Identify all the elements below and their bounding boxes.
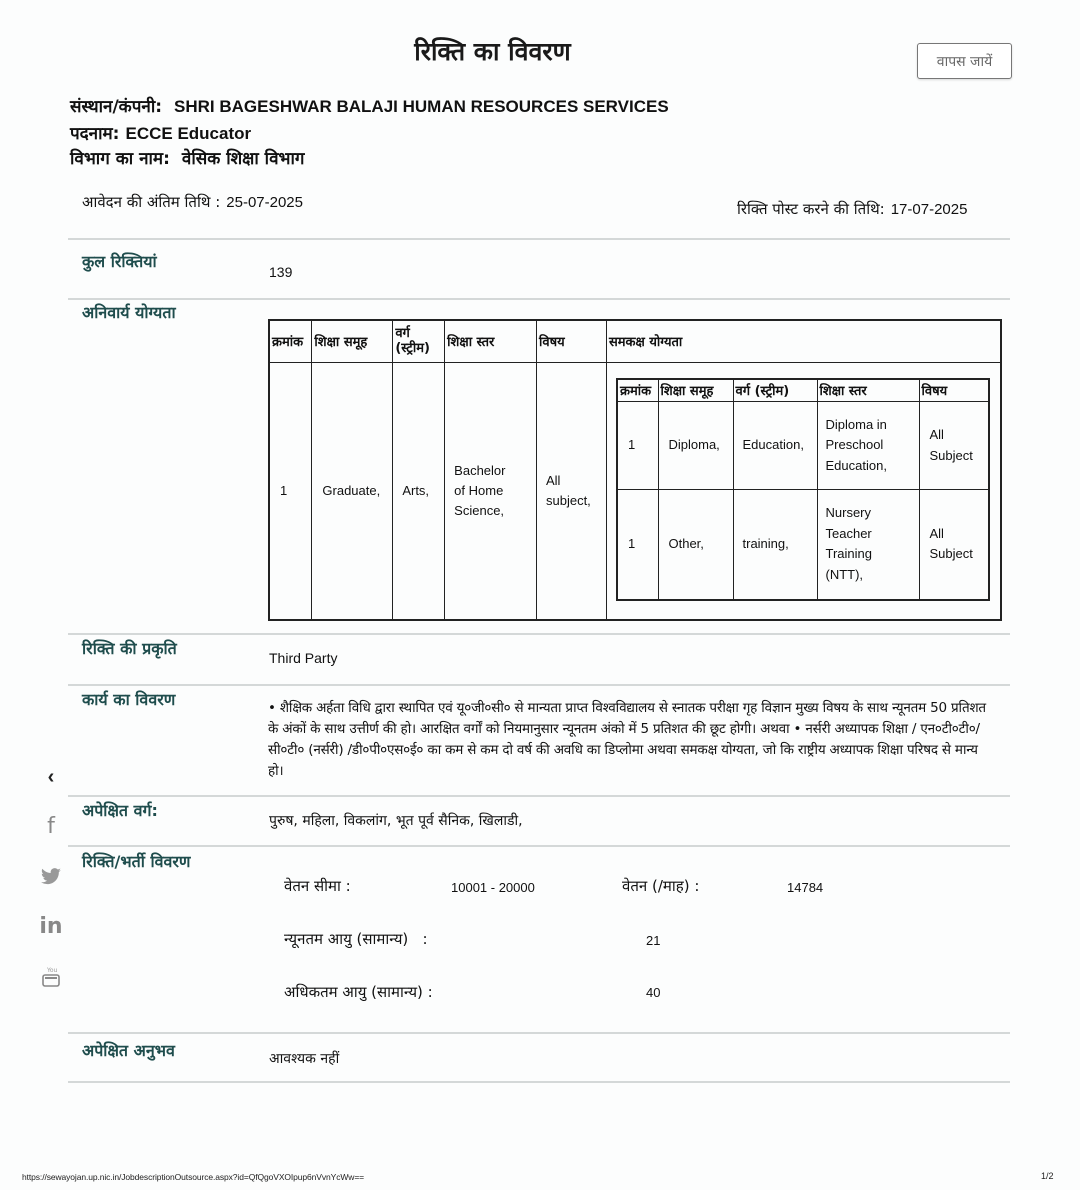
table-row: 1 Graduate, Arts, Bachelor of Home Scien… <box>269 362 1001 620</box>
post-value: ECCE Educator <box>126 124 252 143</box>
cell-equivalent: क्रमांक शिक्षा समूह वर्ग (स्ट्रीम) शिक्ष… <box>607 362 1002 620</box>
col-level: शिक्षा स्तर <box>445 320 537 362</box>
col-equivalent: समकक्ष योग्यता <box>607 320 1002 362</box>
svg-text:You: You <box>46 967 58 974</box>
divider <box>68 238 1010 240</box>
post-line: पदनाम:ECCE Educator <box>70 121 251 144</box>
col-subject: विषय <box>536 320 606 362</box>
eq-col-subject: विषय <box>919 379 989 402</box>
collapse-share-icon[interactable]: ‹ <box>37 766 65 789</box>
col-group: शिक्षा समूह <box>312 320 393 362</box>
eq-cell-subject: All Subject <box>919 490 989 600</box>
facebook-icon[interactable]: f <box>37 814 65 839</box>
eq-col-group: शिक्षा समूह <box>658 379 733 402</box>
divider <box>68 795 1010 797</box>
divider <box>68 845 1010 847</box>
twitter-icon[interactable] <box>37 868 65 891</box>
cell-sno: 1 <box>269 362 312 620</box>
col-sno: क्रमांक <box>269 320 312 362</box>
job-description-label: कार्य का विवरण <box>82 688 175 710</box>
equivalent-qualification-table: क्रमांक शिक्षा समूह वर्ग (स्ट्रीम) शिक्ष… <box>616 378 990 601</box>
eq-cell-stream: training, <box>733 490 817 600</box>
vacancy-nature-value: Third Party <box>269 650 337 666</box>
eq-cell-sno: 1 <box>617 490 658 600</box>
vacancy-nature-label: रिक्ति की प्रकृति <box>82 637 177 659</box>
department-value: वेसिक शिक्षा विभाग <box>182 149 305 169</box>
expected-category-label: अपेक्षित वर्ग: <box>82 799 158 821</box>
salary-range-value: 10001 - 20000 <box>451 880 535 895</box>
company-value: SHRI BAGESHWAR BALAJI HUMAN RESOURCES SE… <box>174 97 669 116</box>
recruitment-details-label: रिक्ति/भर्ती विवरण <box>82 850 191 872</box>
eq-cell-group: Other, <box>658 490 733 600</box>
mandatory-qualification-label: अनिवार्य योग्यता <box>82 301 176 323</box>
eq-col-level: शिक्षा स्तर <box>817 379 919 402</box>
eq-cell-sno: 1 <box>617 402 658 490</box>
qualification-table: क्रमांक शिक्षा समूह वर्ग (स्ट्रीम) शिक्ष… <box>268 319 1002 621</box>
expected-category-value: पुरुष, महिला, विकलांग, भूत पूर्व सैनिक, … <box>269 811 523 830</box>
posted-date: रिक्ति पोस्ट करने की तिथि:17-07-2025 <box>737 199 967 219</box>
salary-month-label: वेतन (/माह) : <box>622 876 699 896</box>
company-label: संस्थान/कंपनी: <box>70 97 162 117</box>
eq-cell-stream: Education, <box>733 402 817 490</box>
equivalent-header-row: क्रमांक शिक्षा समूह वर्ग (स्ट्रीम) शिक्ष… <box>617 379 989 402</box>
total-vacancies-value: 139 <box>269 264 292 280</box>
eq-cell-level: Diploma in Preschool Education, <box>817 402 919 490</box>
expected-experience-value: आवश्यक नहीं <box>269 1049 339 1068</box>
divider <box>68 1032 1010 1034</box>
posted-date-label: रिक्ति पोस्ट करने की तिथि: <box>737 200 885 218</box>
total-vacancies-label: कुल रिक्तियां <box>82 250 157 272</box>
last-date: आवेदन की अंतिम तिथि :25-07-2025 <box>82 192 303 212</box>
table-row: 1 Other, training, Nursery Teacher Train… <box>617 490 989 600</box>
youtube-icon[interactable]: You <box>37 965 65 994</box>
col-stream: वर्ग (स्ट्रीम) <box>393 320 445 362</box>
eq-cell-level: Nursery Teacher Training (NTT), <box>817 490 919 600</box>
divider <box>68 633 1010 635</box>
min-age-value: 21 <box>646 933 660 948</box>
min-age-label: न्यूनतम आयु (सामान्य) : <box>284 929 428 949</box>
divider <box>68 684 1010 686</box>
max-age-value: 40 <box>646 985 660 1000</box>
footer-url: https://sewayojan.up.nic.in/Jobdescripti… <box>22 1172 364 1182</box>
post-label: पदनाम: <box>70 124 120 144</box>
linkedin-icon[interactable]: in <box>37 914 65 939</box>
eq-cell-subject: All Subject <box>919 402 989 490</box>
page-title: रिक्ति का विवरण <box>0 34 985 68</box>
eq-col-stream: वर्ग (स्ट्रीम) <box>733 379 817 402</box>
department-line: विभाग का नाम:वेसिक शिक्षा विभाग <box>70 146 304 169</box>
cell-stream: Arts, <box>393 362 445 620</box>
posted-date-value: 17-07-2025 <box>891 201 968 218</box>
eq-col-sno: क्रमांक <box>617 379 658 402</box>
department-label: विभाग का नाम: <box>70 149 170 169</box>
cell-subject: All subject, <box>536 362 606 620</box>
cell-group: Graduate, <box>312 362 393 620</box>
company-line: संस्थान/कंपनी:SHRI BAGESHWAR BALAJI HUMA… <box>70 94 669 117</box>
last-date-label: आवेदन की अंतिम तिथि : <box>82 193 220 211</box>
eq-cell-group: Diploma, <box>658 402 733 490</box>
qualification-header-row: क्रमांक शिक्षा समूह वर्ग (स्ट्रीम) शिक्ष… <box>269 320 1001 362</box>
cell-level: Bachelor of Home Science, <box>445 362 537 620</box>
divider <box>68 1081 1010 1083</box>
table-row: 1 Diploma, Education, Diploma in Prescho… <box>617 402 989 490</box>
back-button[interactable]: वापस जायें <box>917 43 1012 79</box>
page-number: 1/2 <box>1041 1171 1054 1181</box>
max-age-label: अधिकतम आयु (सामान्य) : <box>284 982 433 1002</box>
last-date-value: 25-07-2025 <box>226 194 303 211</box>
job-description-text: • शैक्षिक अर्हता विधि द्वारा स्थापित एवं… <box>268 698 993 782</box>
expected-experience-label: अपेक्षित अनुभव <box>82 1039 175 1061</box>
divider <box>68 298 1010 300</box>
salary-month-value: 14784 <box>787 880 823 895</box>
salary-range-label: वेतन सीमा : <box>284 876 351 896</box>
